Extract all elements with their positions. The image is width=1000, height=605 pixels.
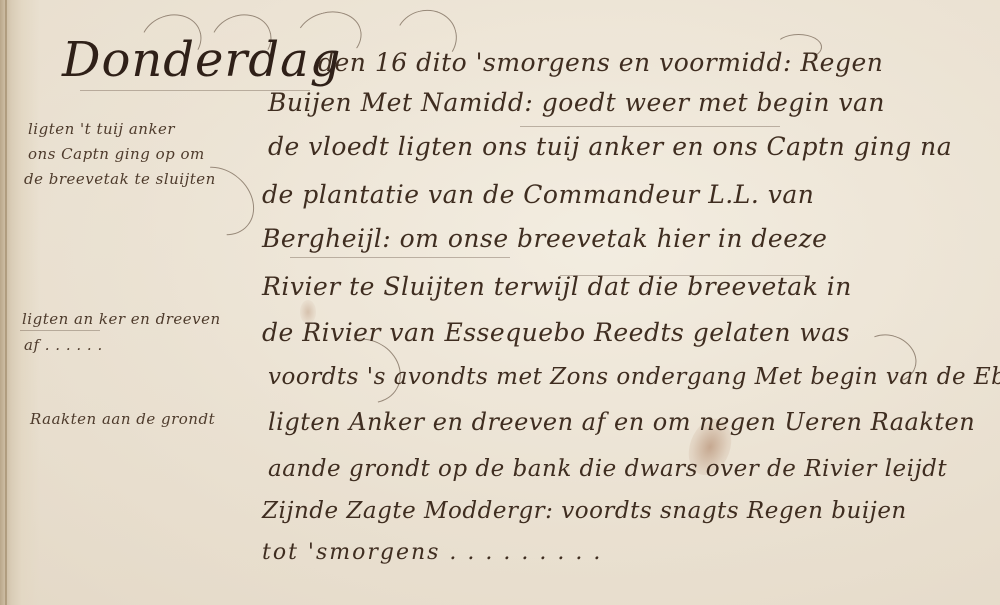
log-line-2: de vloedt ligten ons tuij anker en ons C…: [268, 132, 952, 161]
margin-note-1-line-3: de breevetak te sluijten: [24, 170, 216, 188]
entry-heading-day: Donderdag: [62, 32, 341, 88]
manuscript-page: Donderdag den 16 dito 'smorgens en voorm…: [0, 0, 1000, 605]
log-line-5: Rivier te Sluijten terwijl dat die breev…: [262, 272, 852, 301]
ruled-line: [290, 257, 510, 258]
log-line-10: Zijnde Zagte Moddergr: voordts snagts Re…: [262, 498, 907, 524]
log-line-9: aande grondt op de bank die dwars over d…: [268, 456, 947, 482]
book-binding-shadow: [0, 0, 40, 605]
log-line-7: voordts 's avondts met Zons ondergang Me…: [268, 364, 1000, 390]
ruled-line: [520, 126, 780, 127]
log-line-11: tot 'smorgens . . . . . . . . .: [262, 540, 602, 565]
margin-note-3-line-1: Raakten aan de grondt: [30, 410, 215, 428]
log-line-6: de Rivier van Essequebo Reedts gelaten w…: [262, 318, 850, 347]
log-line-1: Buijen Met Namidd: goedt weer met begin …: [268, 88, 885, 117]
log-line-8: ligten Anker en dreeven af en om negen U…: [268, 408, 975, 436]
margin-note-1-line-1: ligten 't tuij anker: [28, 120, 175, 138]
entry-heading-rest: den 16 dito 'smorgens en voormidd: Regen: [318, 48, 883, 77]
pen-flourish: [169, 153, 268, 250]
log-line-4: Bergheijl: om onse breevetak hier in dee…: [262, 224, 827, 253]
margin-note-2-line-2: af . . . . . .: [24, 336, 103, 354]
log-line-3: de plantatie van de Commandeur L.L. van: [262, 180, 814, 209]
ruled-line: [20, 330, 100, 331]
margin-note-1-line-2: ons Captn ging op om: [28, 145, 205, 163]
margin-note-2-line-1: ligten an ker en dreeven: [22, 310, 221, 328]
